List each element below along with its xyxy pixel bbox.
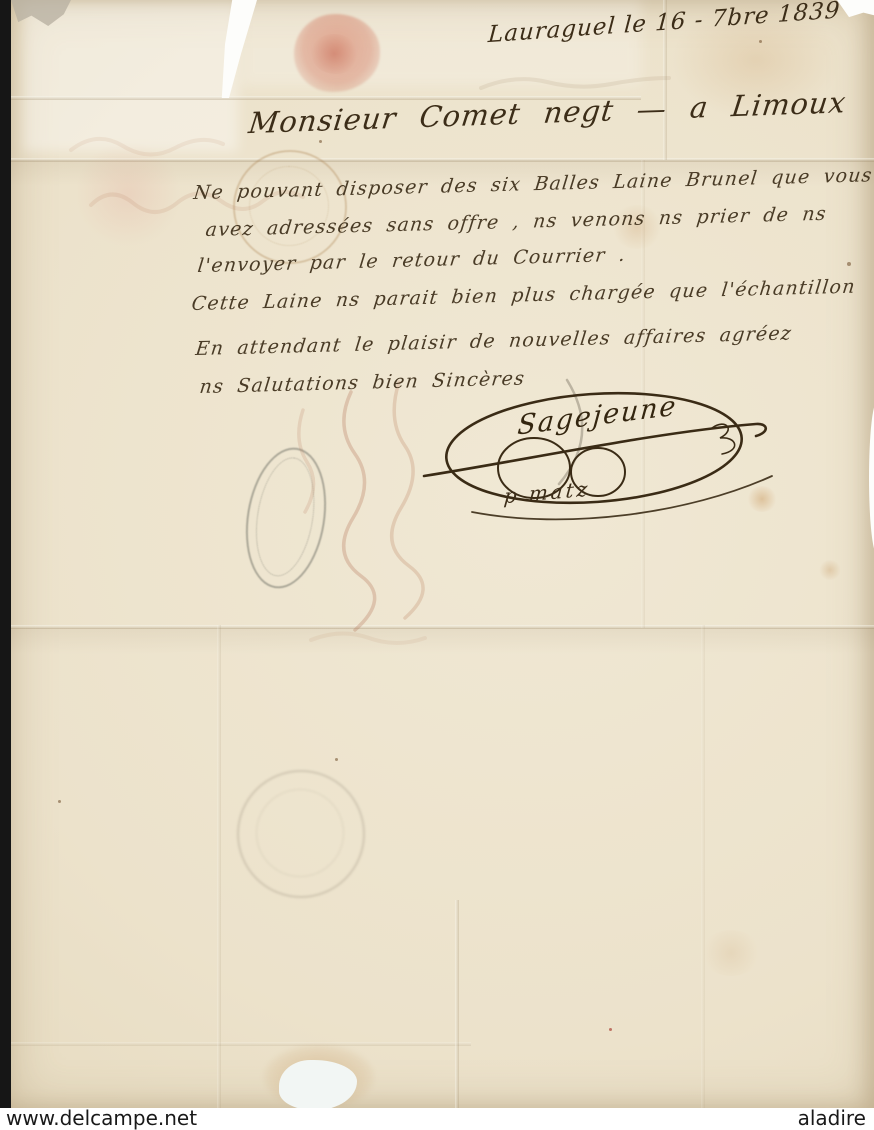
seller-watermark: aladire <box>798 1106 866 1130</box>
scanner-edge-left <box>0 0 11 1108</box>
letter-paper: Lauraguel le 16 - 7bre 1839 Monsieur Com… <box>11 0 874 1108</box>
scanned-letter-page: Lauraguel le 16 - 7bre 1839 Monsieur Com… <box>0 0 874 1130</box>
delcampe-watermark: www.delcampe.net <box>6 1106 197 1130</box>
show-through-ink-strokes <box>11 0 874 1108</box>
